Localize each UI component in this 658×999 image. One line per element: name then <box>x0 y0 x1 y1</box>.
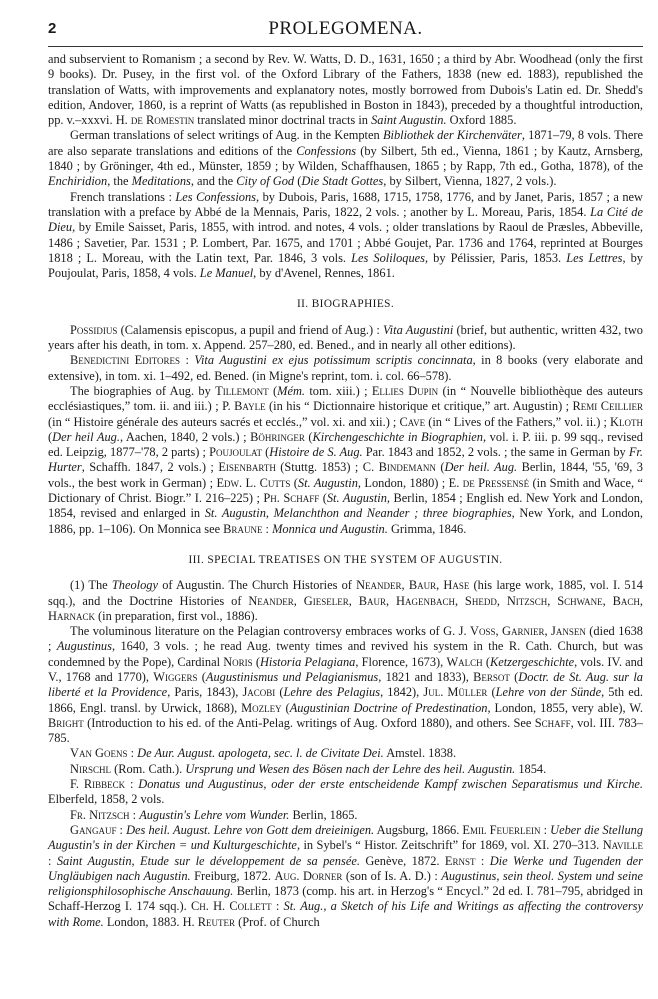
author-name: Bindemann <box>379 460 436 474</box>
text-run: , the <box>107 174 131 188</box>
italic-title: Augustin's Lehre vom Wunder. <box>139 808 289 822</box>
text-run: , Aachen, 1840, 2 vols.) ; <box>120 430 250 444</box>
text-run: F. <box>70 777 84 791</box>
header-rule <box>48 46 643 47</box>
italic-title: Des heil. August. Lehre von Gott dem dre… <box>126 823 374 837</box>
text-run: : <box>116 823 126 837</box>
italic-title: Ursprung und Wesen des Bösen nach der Le… <box>185 762 515 776</box>
italic-title: Meditations <box>132 174 191 188</box>
author-name: Benedictini Editores <box>70 353 180 367</box>
paragraph: and subservient to Romanism ; a second b… <box>48 52 643 128</box>
text-run: Freiburg, 1872. <box>191 869 275 883</box>
author-name: Neander, Baur, Hase <box>356 578 469 592</box>
italic-title: Confessions <box>296 144 356 158</box>
text-run: ( <box>290 476 298 490</box>
text-run: : <box>262 522 272 536</box>
author-name: Edw. L. Cutts <box>216 476 290 490</box>
text-run: , Schaffh. 1847, 2 vols.) ; <box>82 460 219 474</box>
italic-title: Lehre von der Sünde <box>496 685 601 699</box>
author-name: Fr. Nitzsch <box>70 808 130 822</box>
italic-title: City of God <box>236 174 294 188</box>
text-run: London, 1883. H. <box>104 915 198 929</box>
text-run: (in his “ Dictionnaire historique et cri… <box>266 399 573 413</box>
italic-title: Vita Augustini <box>383 323 453 337</box>
text-run: , by Pélissier, Paris, 1853. <box>425 251 566 265</box>
italic-title: Kirchengeschichte in Biographien <box>313 430 483 444</box>
text-run: , 1842), <box>380 685 423 699</box>
author-name: Bayle <box>234 399 265 413</box>
paragraph: (1) The Theology of Augustin. The Church… <box>48 578 643 624</box>
italic-title: Lehre des Pelagius <box>284 685 381 699</box>
author-name: Jul. Müller <box>423 685 487 699</box>
text-run: , by Silbert, Vienna, 1827, 2 vols.). <box>383 174 556 188</box>
text-run: Amstel. 1838. <box>384 746 456 760</box>
text-run: ( <box>305 430 313 444</box>
italic-title: Ketzergeschichte <box>490 655 574 669</box>
text-run: : <box>125 777 138 791</box>
section-heading: III. SPECIAL TREATISES ON THE SYSTEM OF … <box>48 553 643 568</box>
text-run: ( <box>319 491 327 505</box>
italic-title: Theology <box>112 578 158 592</box>
text-run: , London, 1855, very able), W. <box>488 701 643 715</box>
text-run: ( <box>253 655 260 669</box>
author-name: Reuter <box>198 915 235 929</box>
page-body: and subservient to Romanism ; a second b… <box>48 52 643 930</box>
section-heading: II. BIOGRAPHIES. <box>48 297 643 312</box>
author-name: Ellies Dupin <box>372 384 438 398</box>
text-run: Oxford 1885. <box>447 113 517 127</box>
italic-title: Les Lettres <box>566 251 622 265</box>
italic-title: Augustinus <box>57 639 112 653</box>
author-name: Ernst <box>445 854 476 868</box>
author-name: de Pressensé <box>463 476 529 490</box>
italic-title: Histoire de S. Aug. <box>269 445 362 459</box>
italic-title: Augustinismus und Pelagianismus <box>206 670 378 684</box>
paragraph: German translations of select writings o… <box>48 128 643 189</box>
text-run: : <box>130 808 140 822</box>
author-name: Emil Feuerlein <box>462 823 540 837</box>
author-name: Jacobi <box>242 685 275 699</box>
text-run: tom. xiii.) ; <box>305 384 372 398</box>
author-name: Schaff <box>535 716 571 730</box>
text-run: (Rom. Cath.). <box>111 762 185 776</box>
author-name: Poujoulat <box>209 445 262 459</box>
author-name: de Romestin <box>131 113 194 127</box>
author-name: Mozley <box>241 701 282 715</box>
paragraph: Van Goens : De Aur. August. apologeta, s… <box>48 746 643 761</box>
italic-title: Donatus und Augustinus, oder der erste e… <box>138 777 643 791</box>
text-run: : <box>48 854 57 868</box>
text-run: 1854. <box>515 762 546 776</box>
italic-title: De Aur. August. apologeta, sec. l. de Ci… <box>137 746 384 760</box>
text-run: , and the <box>191 174 236 188</box>
text-run: ( <box>483 655 490 669</box>
italic-title: Monnica und Augustin. <box>272 522 388 536</box>
italic-title: Les Confessions <box>175 190 256 204</box>
text-run: (in “ Lives of the Fathers,” vol. ii.) ; <box>425 415 610 429</box>
paragraph: Benedictini Editores : Vita Augustini ex… <box>48 353 643 384</box>
paragraph: Possidius (Calamensis episcopus, a pupil… <box>48 323 643 354</box>
author-name: Noris <box>223 655 252 669</box>
text-run: , London, 1880) ; E. <box>358 476 463 490</box>
text-run: : <box>476 854 490 868</box>
text-run: of Augustin. The Church Histories of <box>158 578 356 592</box>
text-run: , Florence, 1673), <box>355 655 446 669</box>
italic-title: Augustinian Doctrine of Predestination <box>290 701 488 715</box>
text-run: : <box>180 353 194 367</box>
section-2: III. SPECIAL TREATISES ON THE SYSTEM OF … <box>48 553 643 930</box>
text-run: Grimma, 1846. <box>388 522 466 536</box>
paragraph: The biographies of Aug. by Tillemont (Mé… <box>48 384 643 537</box>
italic-title: Le Manuel <box>200 266 253 280</box>
paragraph: Gangauf : Des heil. August. Lehre von Go… <box>48 823 643 930</box>
text-run: The biographies of Aug. by <box>70 384 215 398</box>
paragraph: Fr. Nitzsch : Augustin's Lehre vom Wunde… <box>48 808 643 823</box>
text-run: ( <box>197 670 205 684</box>
page-header: 2 PROLEGOMENA. <box>48 18 643 48</box>
author-name: Van Goens <box>70 746 128 760</box>
text-run: (in “ Histoire générale des auteurs sacr… <box>48 415 400 429</box>
author-name: Aug. Dorner <box>274 869 342 883</box>
author-name: Eisenbarth <box>218 460 276 474</box>
author-name: Cave <box>400 415 426 429</box>
italic-title: Enchiridion <box>48 174 107 188</box>
text-run: (1) The <box>70 578 112 592</box>
text-run: Par. 1843 and 1852, 2 vols. ; the same i… <box>363 445 629 459</box>
text-run: French translations : <box>70 190 175 204</box>
text-run: ( <box>487 685 495 699</box>
italic-title: Bibliothek der Kirchenväter <box>383 128 522 142</box>
author-name: Tillemont <box>215 384 269 398</box>
italic-title: Der heil Aug. <box>52 430 120 444</box>
text-run: Genève, 1872. <box>360 854 445 868</box>
text-run: Augsburg, 1866. <box>374 823 462 837</box>
text-run: ( <box>269 384 277 398</box>
italic-title: Saint Augustin, Etude sur le développeme… <box>57 854 360 868</box>
text-run: : <box>272 899 284 913</box>
text-run: : <box>540 823 550 837</box>
author-name: Walch <box>446 655 482 669</box>
text-run: (Stuttg. 1853) ; C. <box>276 460 379 474</box>
text-run: German translations of select writings o… <box>70 128 383 142</box>
text-run: , Paris, 1843), <box>167 685 242 699</box>
text-run: , 1821 and 1833), <box>378 670 473 684</box>
author-name: Braune <box>223 522 262 536</box>
italic-title: Vita Augustini ex ejus potissimum script… <box>194 353 472 367</box>
italic-title: Der heil. Aug. <box>444 460 517 474</box>
italic-title: St. Augustin, Melanchthon and Neander ; … <box>205 506 512 520</box>
author-name: Ribbeck <box>84 777 125 791</box>
italic-title: St. Augustin <box>327 491 387 505</box>
author-name: Possidius <box>70 323 117 337</box>
running-title: PROLEGOMENA. <box>48 18 643 40</box>
text-run: Elberfeld, 1858, 2 vols. <box>48 792 164 806</box>
italic-title: Die Stadt Gottes <box>301 174 383 188</box>
italic-title: Saint Augustin. <box>371 113 447 127</box>
author-name: Nirschl <box>70 762 111 776</box>
text-run: Berlin, 1865. <box>289 808 357 822</box>
paragraph: The voluminous literature on the Pelagia… <box>48 624 643 746</box>
italic-title: St. Augustin <box>298 476 358 490</box>
italic-title: Historia Pelagiana <box>260 655 355 669</box>
paragraph: F. Ribbeck : Donatus und Augustinus, ode… <box>48 777 643 808</box>
author-name: Bersot <box>473 670 510 684</box>
text-run: (son of Is. A. D.) : <box>342 869 441 883</box>
author-name: Ch. H. Collett <box>191 899 272 913</box>
text-run: (Introduction to his ed. of the Anti-Pel… <box>84 716 535 730</box>
text-run: ( <box>282 701 290 715</box>
text-run: ( <box>275 685 283 699</box>
author-name: Bright <box>48 716 84 730</box>
author-name: Ph. Schaff <box>263 491 319 505</box>
author-name: Remi Ceillier <box>573 399 643 413</box>
section-1: II. BIOGRAPHIES.Possidius (Calamensis ep… <box>48 297 643 536</box>
text-run: , by d'Avenel, Rennes, 1861. <box>253 266 395 280</box>
italic-title: Les Soliloques <box>351 251 425 265</box>
italic-title: Mém. <box>277 384 305 398</box>
text-run: (in preparation, first vol., 1886). <box>95 609 258 623</box>
author-name: Böhringer <box>250 430 305 444</box>
section-0: and subservient to Romanism ; a second b… <box>48 52 643 281</box>
text-run: (Prof. of Church <box>235 915 320 929</box>
text-run: , in Sybel's “ Histor. Zeitschrift” for … <box>297 838 603 852</box>
paragraph: French translations : Les Confessions, b… <box>48 190 643 282</box>
author-name: Kloth <box>610 415 643 429</box>
text-run: : <box>128 746 138 760</box>
text-run: translated minor doctrinal tracts in <box>194 113 371 127</box>
paragraph: Nirschl (Rom. Cath.). Ursprung und Wesen… <box>48 762 643 777</box>
author-name: Voss, Garnier, Jansen <box>470 624 586 638</box>
author-name: Wiggers <box>153 670 197 684</box>
text-run: (Calamensis episcopus, a pupil and frien… <box>117 323 383 337</box>
text-run: The voluminous literature on the Pelagia… <box>70 624 470 638</box>
author-name: Gangauf <box>70 823 116 837</box>
author-name: Naville <box>603 838 643 852</box>
